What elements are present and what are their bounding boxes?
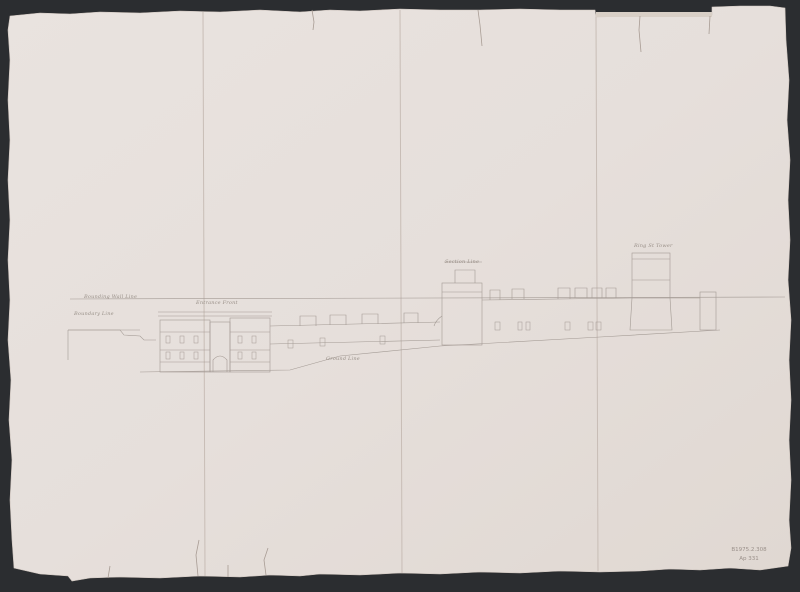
accession-number: B1975.2.308 Ap 331 [722, 546, 776, 564]
label-ring-tower: Ring St Tower [634, 243, 673, 249]
label-section-line: Section Line [445, 259, 479, 265]
label-bounding-wall: Bounding Wall Line [84, 294, 137, 300]
label-entrance-front: Entrance Front [196, 300, 238, 306]
scanned-drawing: Bounding Wall Line Boundary Line Entranc… [0, 0, 800, 592]
label-ground-line: Ground Line [326, 356, 360, 362]
paper-top-strip [596, 12, 712, 17]
accession-line1: B1975.2.308 [722, 546, 776, 555]
label-boundary: Boundary Line [74, 311, 114, 317]
accession-line2: Ap 331 [722, 555, 776, 564]
